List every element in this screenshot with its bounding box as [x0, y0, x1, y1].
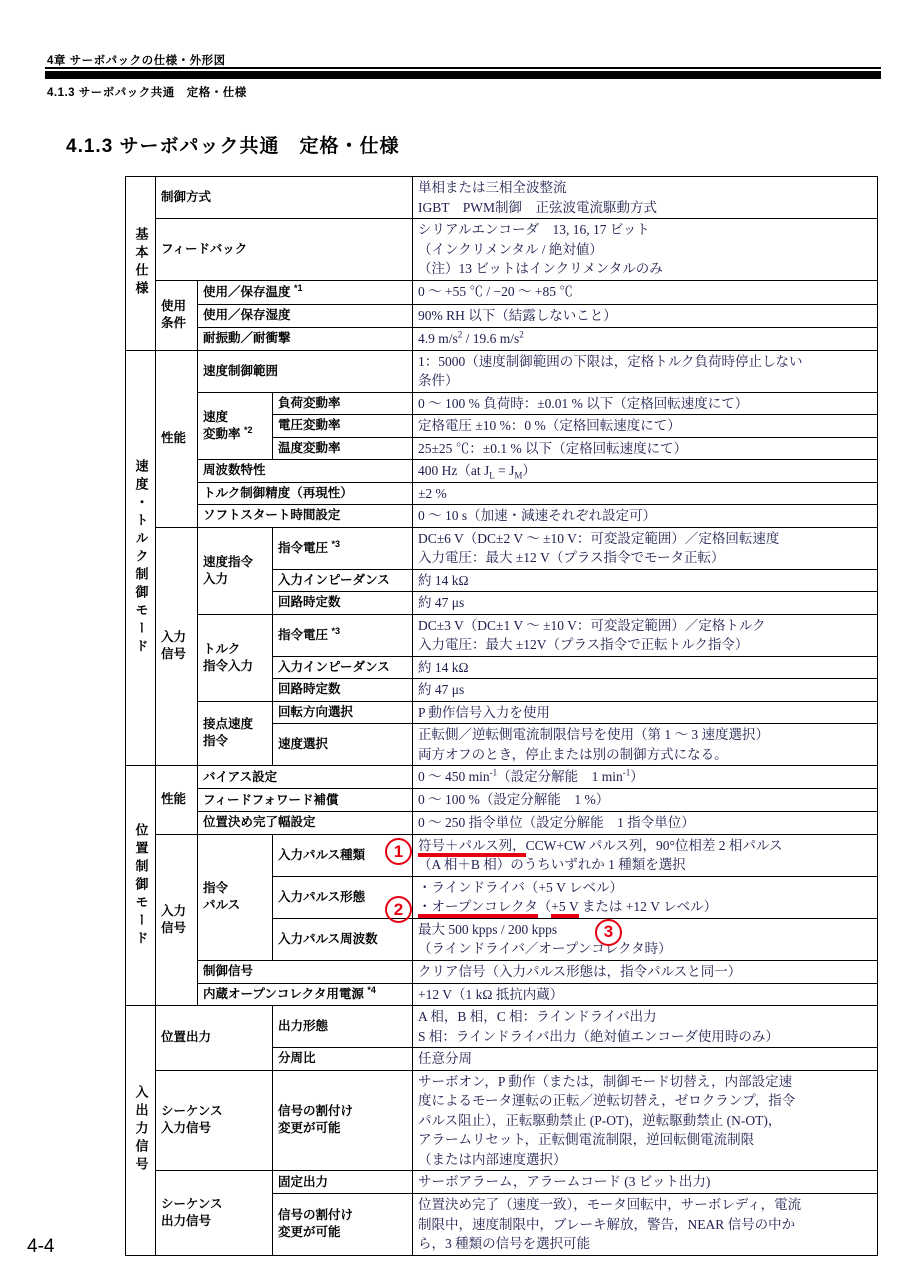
label-control-method: 制御方式 — [156, 177, 413, 219]
label-speed-cmd-timeconstant: 回路時定数 — [273, 592, 413, 615]
value-vibration-shock: 4.9 m/s2 / 19.6 m/s2 — [413, 327, 878, 350]
value-line: ・オープンコレクタ（+5 V または +12 V レベル） — [418, 897, 873, 917]
label-line: 接点速度 — [203, 716, 268, 733]
group-cell-speed-torque: 速度・トルク制御モード — [126, 350, 156, 766]
label-oc-power: 内蔵オープンコレクタ用電源 *4 — [198, 983, 413, 1006]
value-line: DC±3 V（DC±1 V ～ ±10 V：可変設定範囲）／定格トルク — [418, 616, 873, 636]
value-output-form: A 相，B 相，C 相：ラインドライバ出力 S 相：ラインドライバ出力（絶対値エ… — [413, 1006, 878, 1048]
value-voltage-fluctuation: 定格電圧 ±10 %：0 %（定格回転速度にて） — [413, 415, 878, 438]
red-underline: +5 V — [551, 899, 578, 918]
label-vibration-shock: 耐振動／耐衝撃 — [198, 327, 413, 350]
value-speed-cmd-impedance: 約 14 kΩ — [413, 569, 878, 592]
value-line: （ラインドライバ／オープンコレクタ時） — [418, 939, 873, 959]
value-pulse-frequency: 3 最大 500 kpps / 200 kpps （ラインドライバ／オープンコレ… — [413, 918, 878, 960]
annotation-circle-3: 3 — [595, 919, 622, 946]
value-oc-power: +12 V（1 kΩ 抵抗内蔵） — [413, 983, 878, 1006]
label-pulse-type: 入力パルス種類 1 — [273, 834, 413, 876]
value-line: IGBT PWM制御 正弦波電流駆動方式 — [418, 198, 873, 218]
value-control-method: 単相または三相全波整流 IGBT PWM制御 正弦波電流駆動方式 — [413, 177, 878, 219]
label-humidity: 使用／保存湿度 — [198, 304, 413, 327]
value-line: （A 相＋B 相）のうちいずれか 1 種類を選択 — [418, 855, 873, 875]
value-bias: 0 ～ 450 min-1（設定分解能 1 min-1） — [413, 766, 878, 789]
label-control-signal: 制御信号 — [198, 960, 413, 983]
value-line: （インクリメンタル / 絶対値） — [418, 240, 873, 260]
label-temperature: 使用／保存温度 *1 — [198, 280, 413, 304]
label-line: トルク — [203, 641, 268, 658]
value-line: 位置決め完了（速度一致），モータ回転中，サーボレディ，電流 — [418, 1195, 873, 1215]
label-conditions: 使用 条件 — [156, 280, 198, 350]
label-feedforward: フィードフォワード補償 — [198, 789, 413, 812]
value-speed-cmd-timeconstant: 約 47 μs — [413, 592, 878, 615]
value-pulse-form: ・ラインドライバ（+5 V レベル） ・オープンコレクタ（+5 V または +1… — [413, 876, 878, 918]
label-seq-out-assignable: 信号の割付け 変更が可能 — [273, 1194, 413, 1256]
value-line: 単相または三相全波整流 — [418, 178, 873, 198]
label-line: シーケンス — [161, 1196, 268, 1213]
value-load-fluctuation: 0 ～ 100 % 負荷時：±0.01 % 以下（定格回転速度にて） — [413, 392, 878, 415]
label-input-signal-st: 入力 信号 — [156, 527, 198, 766]
label-performance-pos: 性能 — [156, 766, 198, 835]
label-line: シーケンス — [161, 1103, 268, 1120]
footnote-marker: *1 — [294, 282, 303, 292]
value-control-signal: クリア信号（入力パルス形態は，指令パルスと同一） — [413, 960, 878, 983]
label-line: 条件 — [161, 315, 193, 332]
value-line: パルス阻止），正転駆動禁止 (P-OT)，逆転駆動禁止 (N-OT)， — [418, 1111, 873, 1131]
label-positioning-width: 位置決め完了幅設定 — [198, 812, 413, 835]
value-temperature: 0 ～ +55 ℃ / −20 ～ +85 ℃ — [413, 280, 878, 304]
annotation-circle-2: 2 — [385, 896, 412, 923]
label-torque-command-input: トルク 指令入力 — [198, 614, 273, 701]
value-line: ら，3 種類の信号を選択可能 — [418, 1234, 873, 1254]
label-contact-speed-command: 接点速度 指令 — [198, 701, 273, 766]
spec-table: 基本仕様 制御方式 単相または三相全波整流 IGBT PWM制御 正弦波電流駆動… — [125, 176, 878, 1256]
label-torque-accuracy: トルク制御精度（再現性） — [198, 482, 413, 505]
label-line: 変更が可能 — [278, 1120, 408, 1137]
value-feedback: シリアルエンコーダ 13, 16, 17 ビット （インクリメンタル / 絶対値… — [413, 219, 878, 281]
label-bias: バイアス設定 — [198, 766, 413, 789]
value-line: アラームリセット，正転側電流制限，逆回転側電流制限 — [418, 1130, 873, 1150]
value-line: 入力電圧：最大 ±12V（プラス指令で正転トルク指令） — [418, 635, 873, 655]
value-torque-cmd-impedance: 約 14 kΩ — [413, 656, 878, 679]
value-torque-accuracy: ±2 % — [413, 482, 878, 505]
value-humidity: 90% RH 以下（結露しないこと） — [413, 304, 878, 327]
running-head-section: 4.1.3 サーボパック共通 定格・仕様 — [47, 84, 247, 100]
label-speed-command-input: 速度指令 入力 — [198, 527, 273, 614]
value-line: 入力電圧：最大 ±12 V（プラス指令でモータ正転） — [418, 548, 873, 568]
value-line: A 相，B 相，C 相：ラインドライバ出力 — [418, 1007, 873, 1027]
label-line: 速度 — [203, 409, 268, 426]
label-speed-cmd-voltage: 指令電圧 *3 — [273, 527, 413, 569]
page: { "doc": { "running_head_chapter": "4章 サ… — [0, 0, 909, 1286]
label-line: パルス — [203, 897, 268, 914]
label-line: 指令 — [203, 733, 268, 750]
group-cell-position: 位置制御モード — [126, 766, 156, 1006]
value-feedforward: 0 ～ 100 %（設定分解能 1 %） — [413, 789, 878, 812]
value-rotation-direction: P 動作信号入力を使用 — [413, 701, 878, 724]
value-softstart: 0 ～ 10 s（加速・減速それぞれ設定可） — [413, 505, 878, 528]
value-line: サーボオン，P 動作（または，制御モード切替え，内部設定速 — [418, 1072, 873, 1092]
value-torque-cmd-voltage: DC±3 V（DC±1 V ～ ±10 V：可変設定範囲）／定格トルク 入力電圧… — [413, 614, 878, 656]
group-cell-basic: 基本仕様 — [126, 177, 156, 351]
value-pulse-type: 符号＋パルス列，CCW+CW パルス列，90°位相差 2 相パルス （A 相＋B… — [413, 834, 878, 876]
value-temp-fluctuation: 25±25 ℃：±0.1 % 以下（定格回転速度にて） — [413, 437, 878, 460]
label-line: 変動率 *2 — [203, 426, 268, 443]
value-line: 度によるモータ運転の正転／逆転切替え，ゼロクランプ，指令 — [418, 1091, 873, 1111]
header-thick-rule — [45, 71, 881, 79]
value-line: （注）13 ビットはインクリメンタルのみ — [418, 259, 873, 279]
red-underline: ・オープンコレクタ — [418, 899, 538, 918]
value-line: DC±6 V（DC±2 V ～ ±10 V：可変設定範囲）／定格回転速度 — [418, 529, 873, 549]
annotation-circle-1: 1 — [385, 838, 412, 865]
label-feedback: フィードバック — [156, 219, 413, 281]
value-line: 1：5000（速度制御範囲の下限は，定格トルク負荷時停止しない — [418, 352, 873, 372]
label-rotation-direction: 回転方向選択 — [273, 701, 413, 724]
value-line: 正転側／逆転側電流制限信号を使用（第 1 ～ 3 速度選択） — [418, 725, 873, 745]
value-line: 両方オフのとき，停止または別の制御方式になる。 — [418, 745, 873, 765]
label-sequence-output: シーケンス 出力信号 — [156, 1171, 273, 1256]
value-line: 制限中，速度制限中，ブレーキ解放，警告，NEAR 信号の中か — [418, 1215, 873, 1235]
label-dividing-ratio: 分周比 — [273, 1048, 413, 1071]
label-output-form: 出力形態 — [273, 1006, 413, 1048]
label-line: 指令入力 — [203, 658, 268, 675]
value-torque-cmd-timeconstant: 約 47 μs — [413, 679, 878, 702]
footnote-marker: *4 — [367, 985, 376, 995]
label-torque-cmd-voltage: 指令電圧 *3 — [273, 614, 413, 656]
label-torque-cmd-impedance: 入力インピーダンス — [273, 656, 413, 679]
label-position-output: 位置出力 — [156, 1006, 273, 1071]
label-speed-cmd-impedance: 入力インピーダンス — [273, 569, 413, 592]
value-fixed-output: サーボアラーム，アラームコード (3 ビット出力) — [413, 1171, 878, 1194]
value-seq-in-assignable: サーボオン，P 動作（または，制御モード切替え，内部設定速 度によるモータ運転の… — [413, 1070, 878, 1171]
label-voltage-fluctuation: 電圧変動率 — [273, 415, 413, 438]
label-line: 信号の割付け — [278, 1103, 408, 1120]
label-performance-st: 性能 — [156, 350, 198, 527]
label-softstart: ソフトスタート時間設定 — [198, 505, 413, 528]
label-speed-range: 速度制御範囲 — [198, 350, 413, 392]
value-line: （または内部速度選択） — [418, 1150, 873, 1170]
value-line: ・ラインドライバ（+5 V レベル） — [418, 878, 873, 898]
label-torque-cmd-timeconstant: 回路時定数 — [273, 679, 413, 702]
label-load-fluctuation: 負荷変動率 — [273, 392, 413, 415]
label-line: 信号 — [161, 920, 193, 937]
value-line: 符号＋パルス列，CCW+CW パルス列，90°位相差 2 相パルス — [418, 836, 873, 856]
label-line: 入力 — [161, 629, 193, 646]
footnote-marker: *3 — [332, 538, 341, 548]
label-line: 信号 — [161, 646, 193, 663]
footnote-marker: *2 — [244, 425, 253, 435]
label-input-signal-pos: 入力 信号 — [156, 834, 198, 1006]
label-line: 入力信号 — [161, 1120, 268, 1137]
label-pulse-form: 入力パルス形態 2 — [273, 876, 413, 918]
page-title: 4.1.3 サーボパック共通 定格・仕様 — [66, 131, 400, 158]
label-line: 変更が可能 — [278, 1224, 408, 1241]
header-thin-rule — [45, 67, 881, 69]
label-command-pulse: 指令 パルス — [198, 834, 273, 960]
running-head-chapter: 4章 サーボパックの仕様・外形図 — [47, 52, 226, 68]
value-speed-selection: 正転側／逆転側電流制限信号を使用（第 1 ～ 3 速度選択） 両方オフのとき，停… — [413, 724, 878, 766]
label-line: 出力信号 — [161, 1213, 268, 1230]
value-line: 最大 500 kpps / 200 kpps — [418, 920, 873, 940]
value-speed-cmd-voltage: DC±6 V（DC±2 V ～ ±10 V：可変設定範囲）／定格回転速度 入力電… — [413, 527, 878, 569]
label-line: 指令 — [203, 880, 268, 897]
label-temp-fluctuation: 温度変動率 — [273, 437, 413, 460]
footnote-marker: *3 — [332, 625, 341, 635]
value-seq-out-assignable: 位置決め完了（速度一致），モータ回転中，サーボレディ，電流 制限中，速度制限中，… — [413, 1194, 878, 1256]
group-cell-io: 入出力信号 — [126, 1006, 156, 1256]
page-number: 4-4 — [27, 1236, 54, 1258]
value-speed-range: 1：5000（速度制御範囲の下限は，定格トルク負荷時停止しない 条件） — [413, 350, 878, 392]
red-underline: 符号＋パルス列， — [418, 838, 526, 857]
label-pulse-frequency: 入力パルス周波数 — [273, 918, 413, 960]
label-line: 入力 — [161, 903, 193, 920]
label-line: 速度指令 — [203, 554, 268, 571]
label-frequency: 周波数特性 — [198, 460, 413, 483]
label-fixed-output: 固定出力 — [273, 1171, 413, 1194]
label-seq-in-assignable: 信号の割付け 変更が可能 — [273, 1070, 413, 1171]
value-line: S 相：ラインドライバ出力（絶対値エンコーダ使用時のみ） — [418, 1027, 873, 1047]
value-line: 条件） — [418, 371, 873, 391]
label-line: 入力 — [203, 571, 268, 588]
label-line: 信号の割付け — [278, 1207, 408, 1224]
value-dividing-ratio: 任意分周 — [413, 1048, 878, 1071]
value-positioning-width: 0 ～ 250 指令単位（設定分解能 1 指令単位） — [413, 812, 878, 835]
value-line: シリアルエンコーダ 13, 16, 17 ビット — [418, 220, 873, 240]
label-line: 使用 — [161, 298, 193, 315]
label-sequence-input: シーケンス 入力信号 — [156, 1070, 273, 1171]
label-speed-fluctuation: 速度 変動率 *2 — [198, 392, 273, 460]
value-frequency: 400 Hz（at JL = JM） — [413, 460, 878, 483]
label-speed-selection: 速度選択 — [273, 724, 413, 766]
